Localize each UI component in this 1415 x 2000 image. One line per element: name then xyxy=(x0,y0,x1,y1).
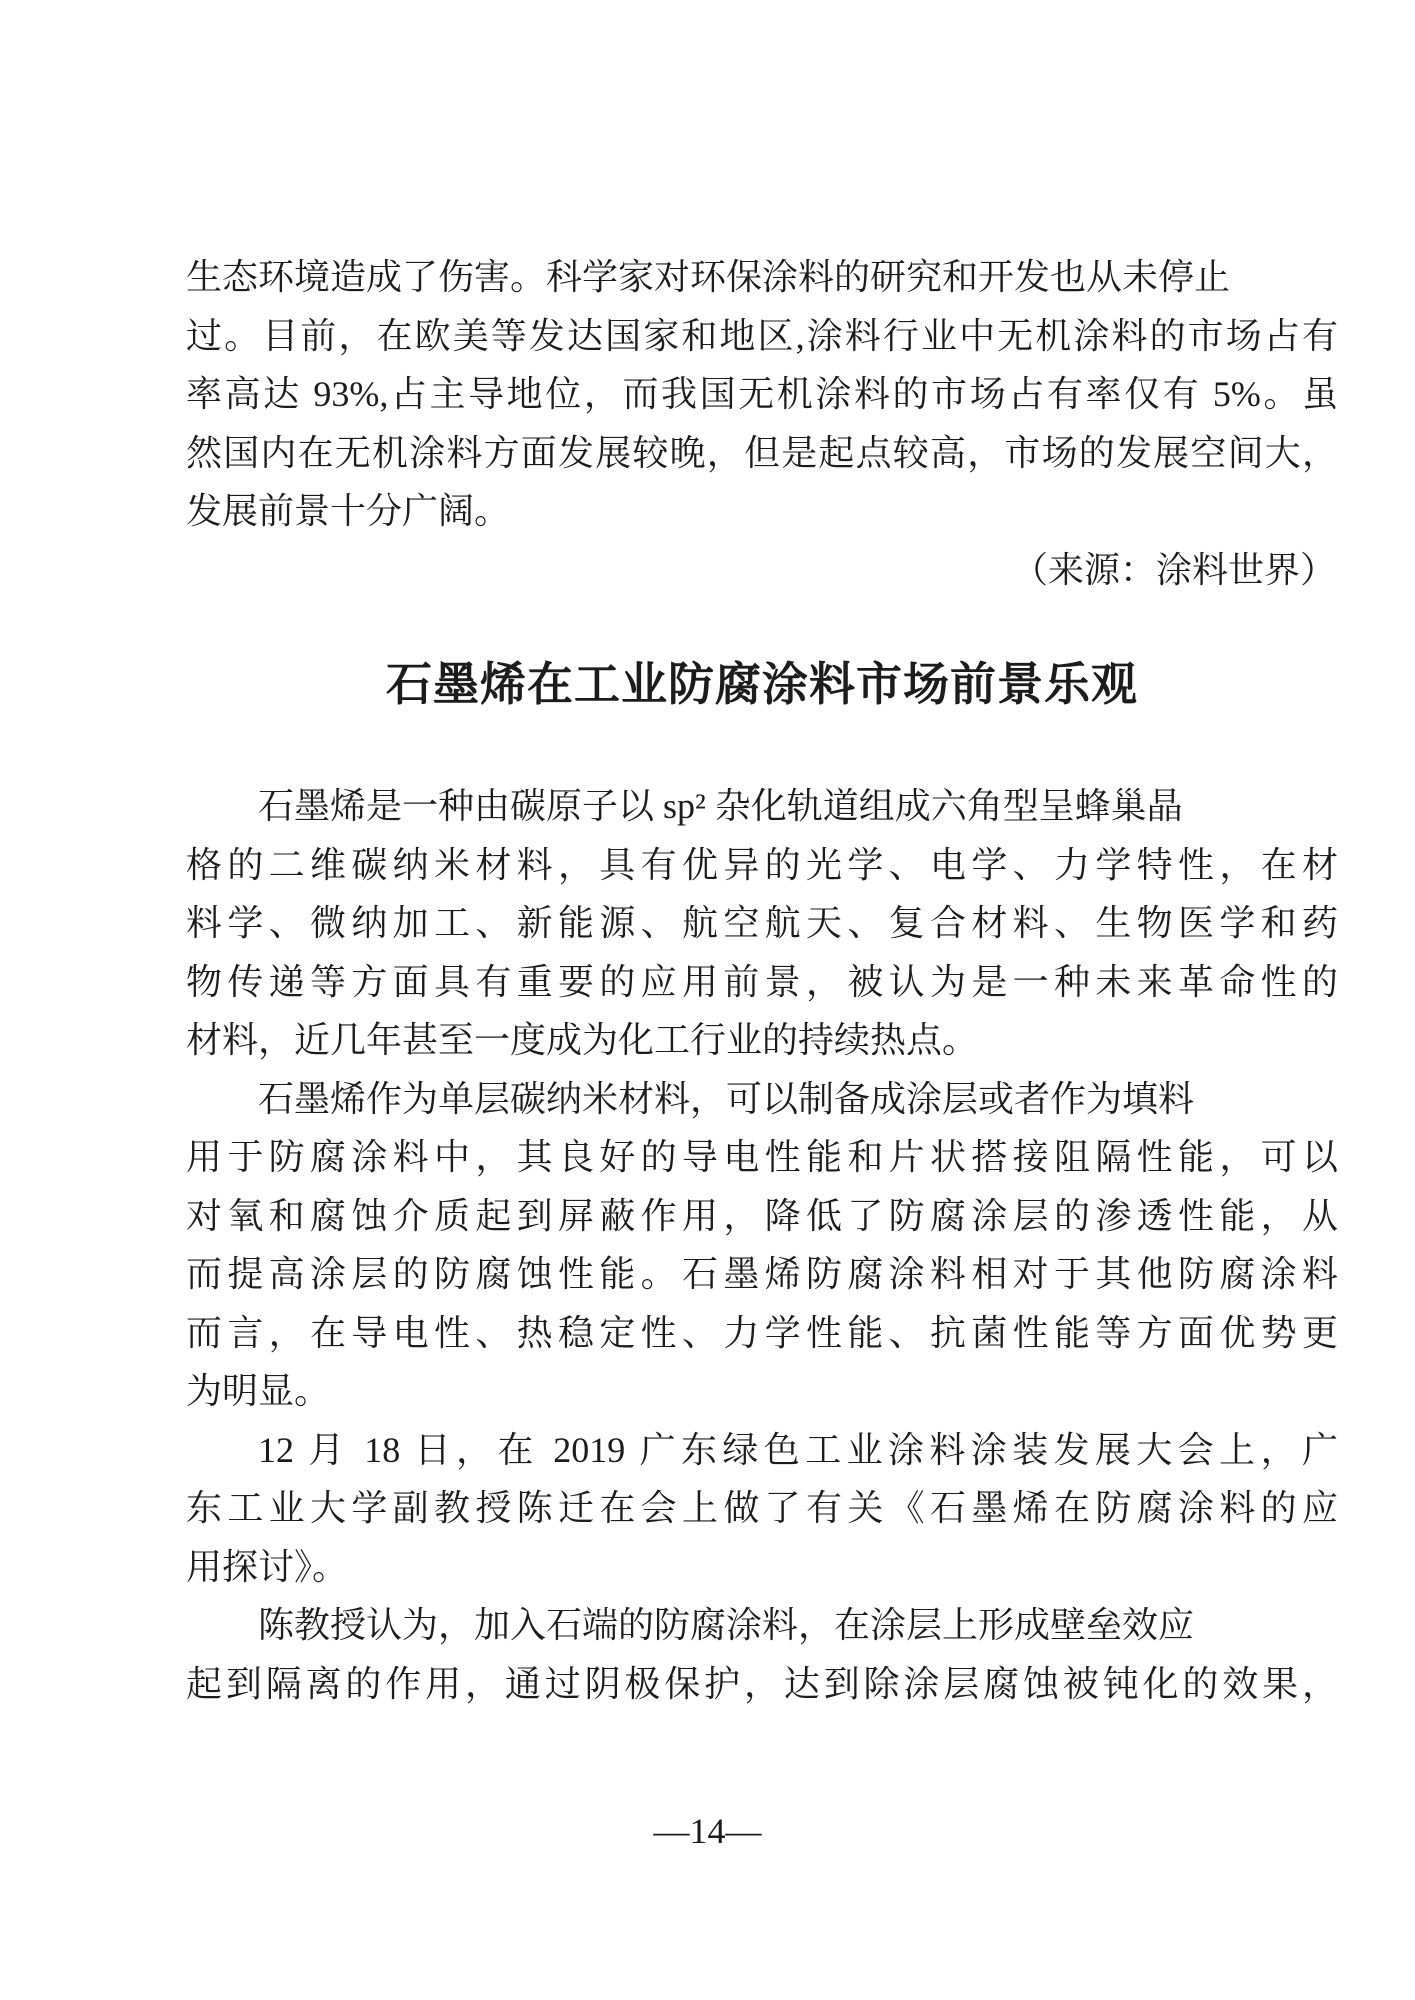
text-line: 对氧和腐蚀介质起到屏蔽作用，降低了防腐涂层的渗透性能，从 xyxy=(186,1187,1338,1246)
text-line: 料学、微纳加工、新能源、航空航天、复合材料、生物医学和药 xyxy=(186,894,1338,953)
text-line: 物传递等方面具有重要的应用前景，被认为是一种未来革命性的 xyxy=(186,953,1338,1012)
paragraph: 石墨烯是一种由碳原子以 sp² 杂化轨道组成六角型呈蜂巢晶 格的二维碳纳米材料，… xyxy=(186,777,1338,1070)
text-line: 格的二维碳纳米材料，具有优异的光学、电学、力学特性，在材 xyxy=(186,836,1338,895)
text-block: 生态环境造成了伤害。科学家对环保涂料的研究和开发也从未停止 过。目前，在欧美等发… xyxy=(186,0,1338,1713)
text-line: 为明显。 xyxy=(186,1362,1338,1421)
previous-article-tail: 生态环境造成了伤害。科学家对环保涂料的研究和开发也从未停止 过。目前，在欧美等发… xyxy=(186,248,1338,599)
document-page: 生态环境造成了伤害。科学家对环保涂料的研究和开发也从未停止 过。目前，在欧美等发… xyxy=(0,0,1415,2000)
paragraph: 陈教授认为，加入石端的防腐涂料，在涂层上形成壁垒效应 起到隔离的作用，通过阴极保… xyxy=(186,1596,1338,1713)
paragraph: 石墨烯作为单层碳纳米材料，可以制备成涂层或者作为填料 用于防腐涂料中，其良好的导… xyxy=(186,1070,1338,1421)
text-line: 石墨烯作为单层碳纳米材料，可以制备成涂层或者作为填料 xyxy=(186,1070,1338,1129)
paragraph: 12 月 18 日，在 2019 广东绿色工业涂料涂装发展大会上，广 东工业大学… xyxy=(186,1421,1338,1597)
text-line: 而言，在导电性、热稳定性、力学性能、抗菌性能等方面优势更 xyxy=(186,1304,1338,1363)
text-line: 率高达 93%,占主导地位，而我国无机涂料的市场占有率仅有 5%。虽 xyxy=(186,365,1338,424)
text-line: 而提高涂层的防腐蚀性能。石墨烯防腐涂料相对于其他防腐涂料 xyxy=(186,1245,1338,1304)
text-line: 用探讨》。 xyxy=(186,1538,1338,1597)
text-line: 12 月 18 日，在 2019 广东绿色工业涂料涂装发展大会上，广 xyxy=(186,1421,1338,1480)
text-line: 用于防腐涂料中，其良好的导电性能和片状搭接阻隔性能，可以 xyxy=(186,1128,1338,1187)
text-line: 生态环境造成了伤害。科学家对环保涂料的研究和开发也从未停止 xyxy=(186,248,1338,307)
source-credit: （来源：涂料世界） xyxy=(186,541,1338,600)
text-line: 材料，近几年甚至一度成为化工行业的持续热点。 xyxy=(186,1011,1338,1070)
text-line: 发展前景十分广阔。 xyxy=(186,482,1338,541)
text-line: 过。目前，在欧美等发达国家和地区,涂料行业中无机涂料的市场占有 xyxy=(186,307,1338,366)
text-line: 然国内在无机涂料方面发展较晚，但是起点较高，市场的发展空间大， xyxy=(186,424,1338,483)
text-line: 起到隔离的作用，通过阴极保护，达到除涂层腐蚀被钝化的效果， xyxy=(186,1655,1338,1714)
article-title: 石墨烯在工业防腐涂料市场前景乐观 xyxy=(186,651,1338,717)
page-number: —14— xyxy=(0,1802,1415,1860)
text-line: 东工业大学副教授陈迁在会上做了有关《石墨烯在防腐涂料的应 xyxy=(186,1479,1338,1538)
article-body: 石墨烯是一种由碳原子以 sp² 杂化轨道组成六角型呈蜂巢晶 格的二维碳纳米材料，… xyxy=(186,777,1338,1713)
text-line: 陈教授认为，加入石端的防腐涂料，在涂层上形成壁垒效应 xyxy=(186,1596,1338,1655)
text-line: 石墨烯是一种由碳原子以 sp² 杂化轨道组成六角型呈蜂巢晶 xyxy=(186,777,1338,836)
